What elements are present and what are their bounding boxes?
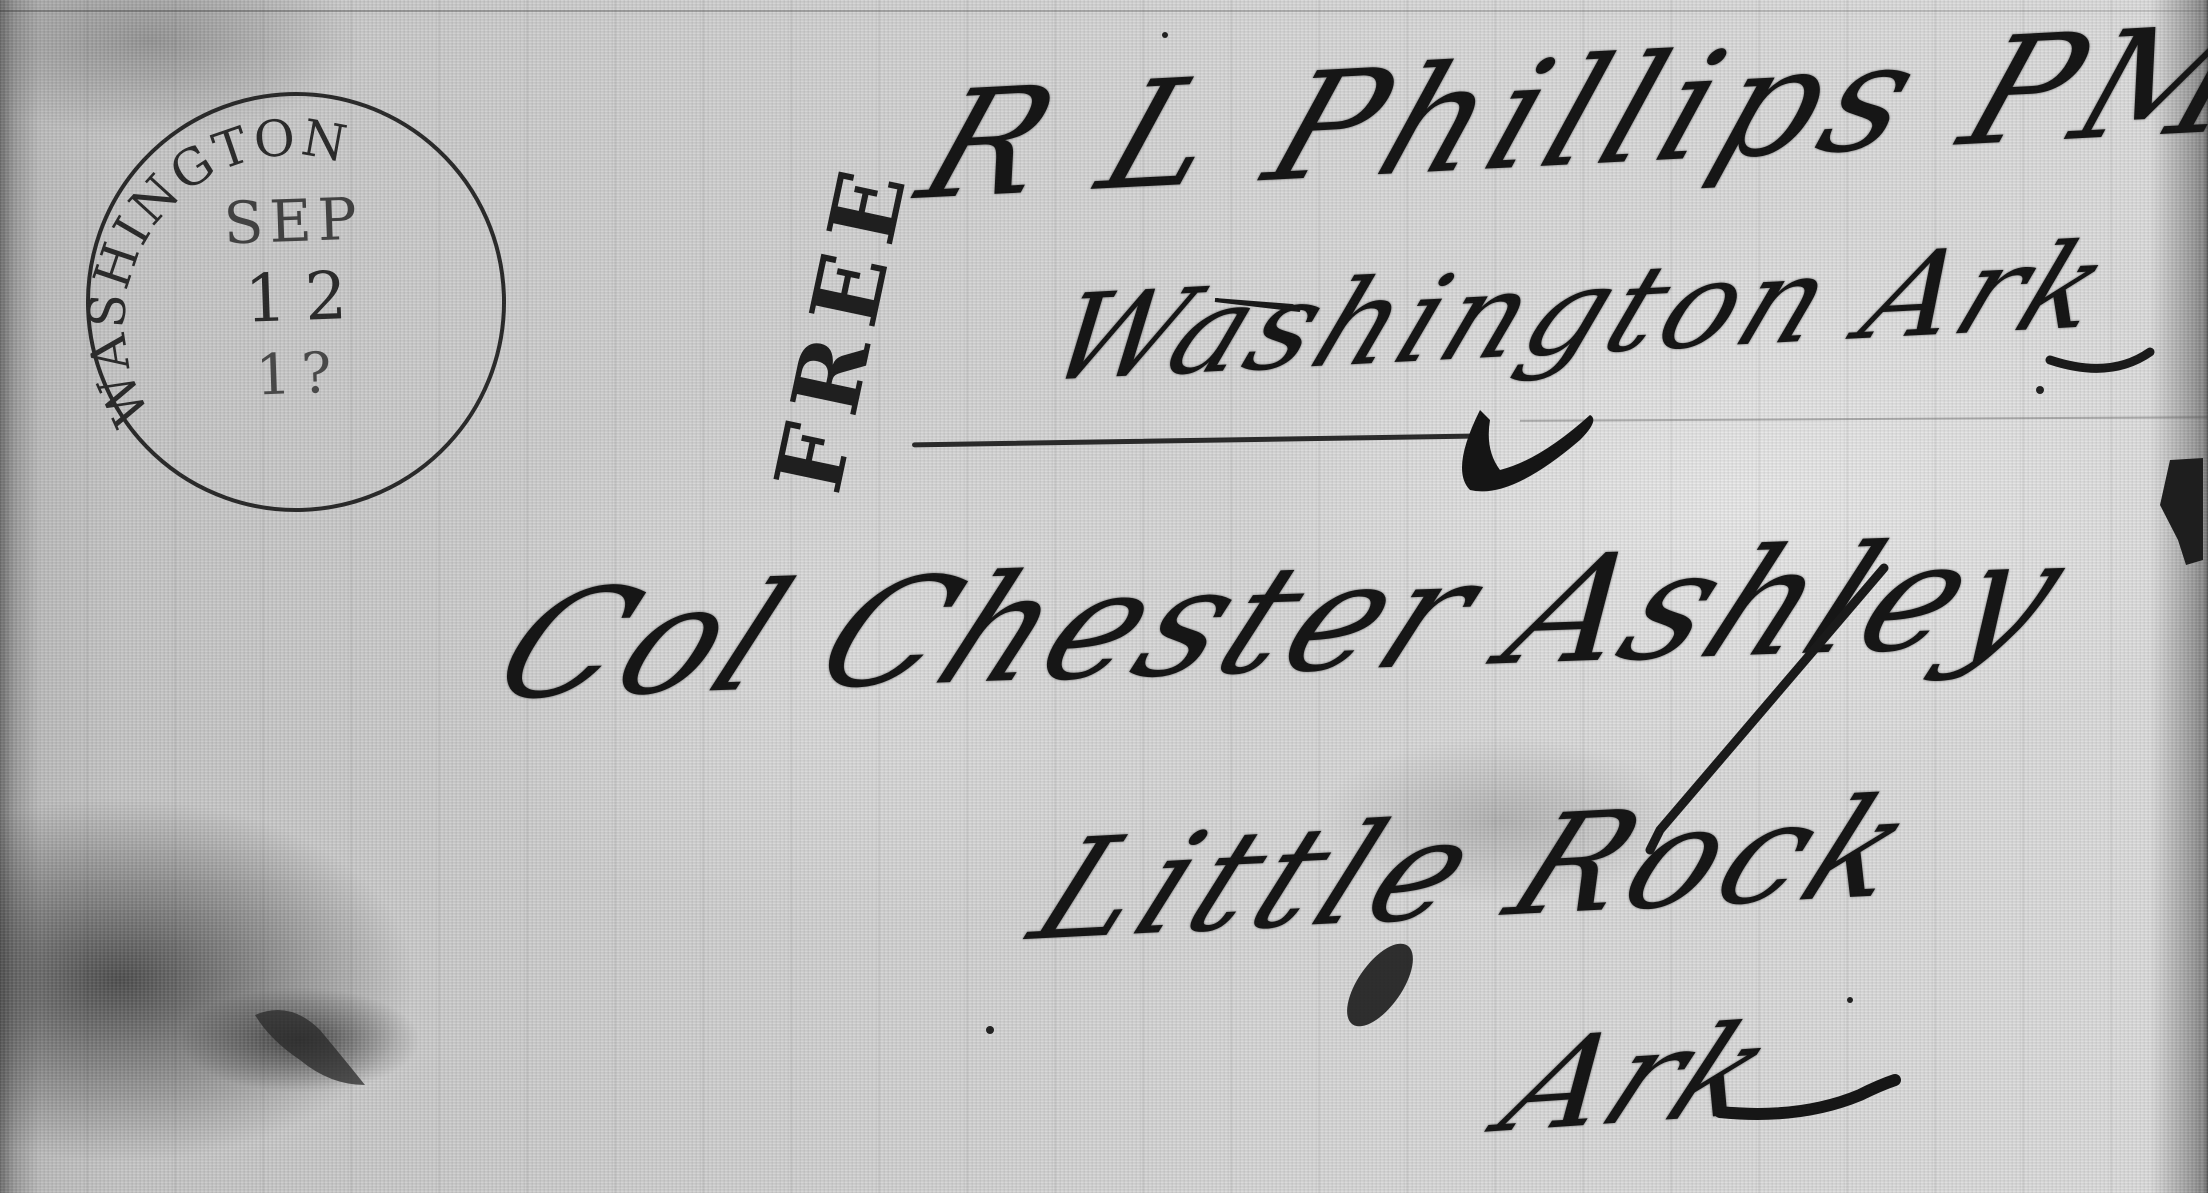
- slash-stroke: [1650, 568, 1884, 850]
- ink-speck: [2036, 386, 2044, 394]
- sender-dash: [2050, 352, 2150, 368]
- ink-speck: [986, 1026, 994, 1034]
- bottom-left-smudge: [255, 1010, 365, 1085]
- ink-blot-descender: [1462, 410, 1593, 491]
- ink-speck: [1847, 997, 1853, 1003]
- state-dash: [1720, 1080, 1895, 1114]
- ink-speck: [1162, 32, 1168, 38]
- ink-flourishes: [0, 0, 2208, 1193]
- t-crossbar: [1215, 300, 1300, 310]
- ink-blot-rock: [1334, 933, 1425, 1037]
- right-edge-blot: [2160, 458, 2203, 565]
- envelope-cover: WASHINGTON SEP 12 1? FREE R L Phillips P…: [0, 0, 2208, 1193]
